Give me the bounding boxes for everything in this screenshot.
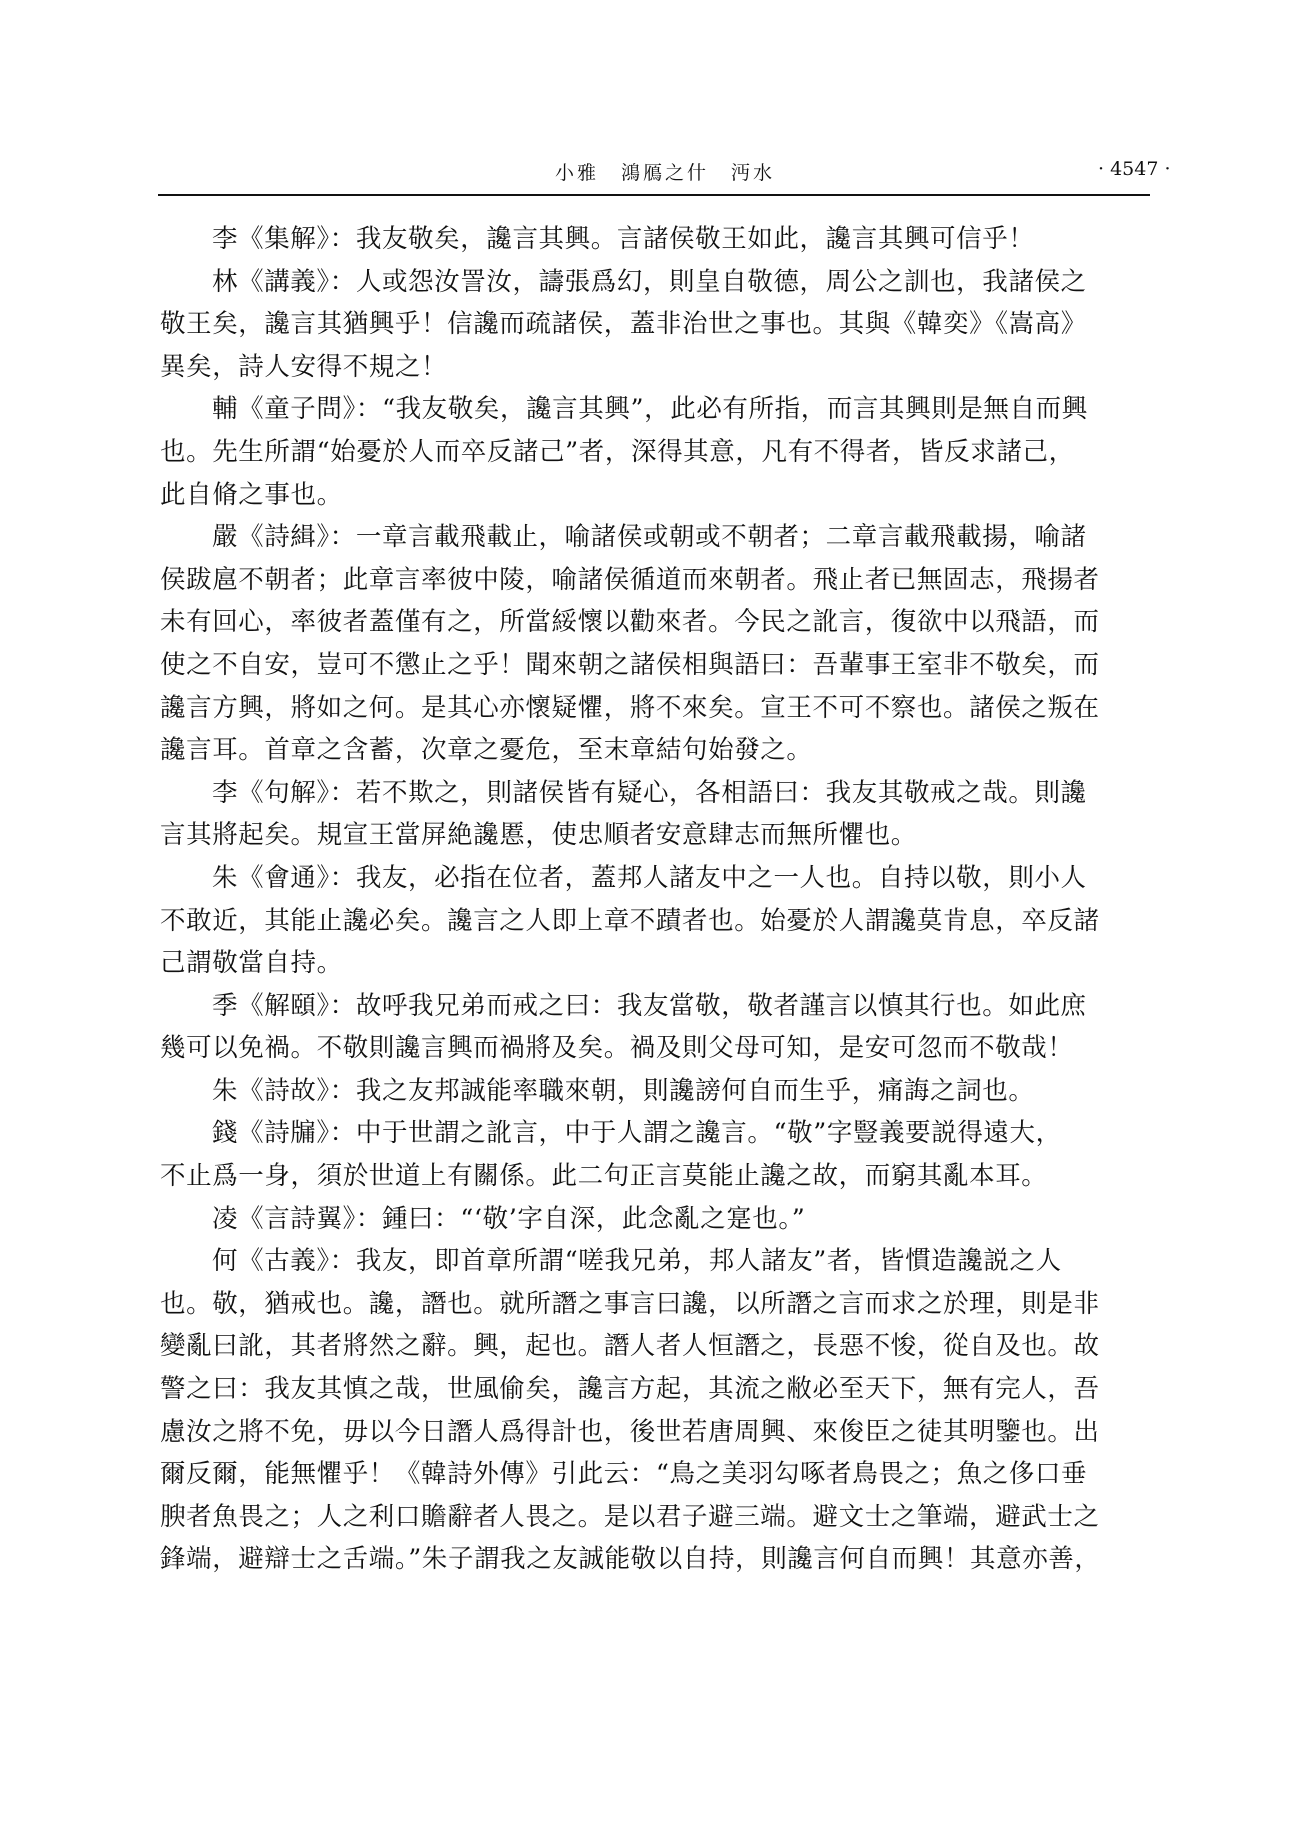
page-number: · 4547 ·: [1098, 158, 1171, 180]
text-line: 己謂敬當自持。: [160, 942, 1150, 985]
text-line: 鋒端，避辯士之舌端。”朱子謂我之友誠能敬以自持，則讒言何自而興！其意亦善，: [160, 1538, 1150, 1581]
text-line: 此自脩之事也。: [160, 474, 1150, 517]
text-line: 爾反爾，能無懼乎！《韓詩外傳》引此云：“鳥之美羽勾啄者鳥畏之；魚之侈口垂: [160, 1453, 1150, 1496]
text-line: 李《句解》：若不欺之，則諸侯皆有疑心，各相語曰：我友其敬戒之哉。則讒: [160, 772, 1150, 815]
running-header: 小雅 鴻鴈之什 沔水 · 4547 ·: [0, 158, 1300, 188]
text-line: 讒言耳。首章之含蓄，次章之憂危，至末章結句始發之。: [160, 729, 1150, 772]
text-line: 凌《言詩翼》：鍾曰：“‘敬’字自深，此念亂之寔也。”: [160, 1198, 1150, 1241]
text-line: 腴者魚畏之；人之利口贍辭者人畏之。是以君子避三端。避文士之筆端，避武士之: [160, 1496, 1150, 1539]
text-line: 侯跋扈不朝者；此章言率彼中陵，喻諸侯循道而來朝者。飛止者已無固志，飛揚者: [160, 559, 1150, 602]
text-line: 未有回心，率彼者蓋僅有之，所當綏懷以勸來者。今民之訛言，復欲中以飛語，而: [160, 601, 1150, 644]
body-text: 李《集解》：我友敬矣，讒言其興。言諸侯敬王如此，讒言其興可信乎！林《講義》：人或…: [160, 218, 1150, 1581]
text-line: 也。敬，猶戒也。讒，譖也。就所譖之事言曰讒，以所譖之言而求之於理，則是非: [160, 1283, 1150, 1326]
text-line: 警之曰：我友其慎之哉，世風偷矣，讒言方起，其流之敝必至天下，無有完人，吾: [160, 1368, 1150, 1411]
text-line: 林《講義》：人或怨汝詈汝，譸張爲幻，則皇自敬德，周公之訓也，我諸侯之: [160, 261, 1150, 304]
text-line: 朱《會通》：我友，必指在位者，蓋邦人諸友中之一人也。自持以敬，則小人: [160, 857, 1150, 900]
running-header-title: 小雅 鴻鴈之什 沔水: [555, 158, 775, 185]
text-line: 嚴《詩緝》：一章言載飛載止，喻諸侯或朝或不朝者；二章言載飛載揚，喻諸: [160, 516, 1150, 559]
text-line: 不敢近，其能止讒必矣。讒言之人即上章不蹟者也。始憂於人謂讒莫肯息，卒反諸: [160, 900, 1150, 943]
text-line: 異矣，詩人安得不規之！: [160, 346, 1150, 389]
text-line: 幾可以免禍。不敬則讒言興而禍將及矣。禍及則父母可知，是安可忽而不敬哉！: [160, 1027, 1150, 1070]
text-line: 變亂曰訛，其者將然之辭。興，起也。譖人者人恒譖之，長惡不悛，從自及也。故: [160, 1325, 1150, 1368]
text-line: 何《古義》：我友，即首章所謂“嗟我兄弟，邦人諸友”者，皆慣造讒説之人: [160, 1240, 1150, 1283]
text-line: 季《解頤》：故呼我兄弟而戒之曰：我友當敬，敬者謹言以慎其行也。如此庶: [160, 985, 1150, 1028]
text-line: 也。先生所謂“始憂於人而卒反諸己”者，深得其意，凡有不得者，皆反求諸己，: [160, 431, 1150, 474]
text-line: 讒言方興，將如之何。是其心亦懷疑懼，將不來矣。宣王不可不察也。諸侯之叛在: [160, 687, 1150, 730]
header-rule: [158, 194, 1150, 196]
text-line: 慮汝之將不免，毋以今日譖人爲得計也，後世若唐周興、來俊臣之徒其明鑒也。出: [160, 1411, 1150, 1454]
text-line: 不止爲一身，須於世道上有關係。此二句正言莫能止讒之故，而窮其亂本耳。: [160, 1155, 1150, 1198]
text-line: 錢《詩牖》：中于世謂之訛言，中于人謂之讒言。“敬”字豎義要説得遠大，: [160, 1112, 1150, 1155]
text-line: 朱《詩故》：我之友邦誠能率職來朝，則讒謗何自而生乎，痛誨之詞也。: [160, 1070, 1150, 1113]
text-line: 輔《童子問》：“我友敬矣，讒言其興”，此必有所指，而言其興則是無自而興: [160, 388, 1150, 431]
text-line: 使之不自安，豈可不懲止之乎！聞來朝之諸侯相與語曰：吾輩事王室非不敬矣，而: [160, 644, 1150, 687]
text-line: 言其將起矣。規宣王當屏絶讒慝，使忠順者安意肆志而無所懼也。: [160, 814, 1150, 857]
text-line: 敬王矣，讒言其猶興乎！信讒而疏諸侯，蓋非治世之事也。其與《韓奕》《嵩高》: [160, 303, 1150, 346]
text-line: 李《集解》：我友敬矣，讒言其興。言諸侯敬王如此，讒言其興可信乎！: [160, 218, 1150, 261]
